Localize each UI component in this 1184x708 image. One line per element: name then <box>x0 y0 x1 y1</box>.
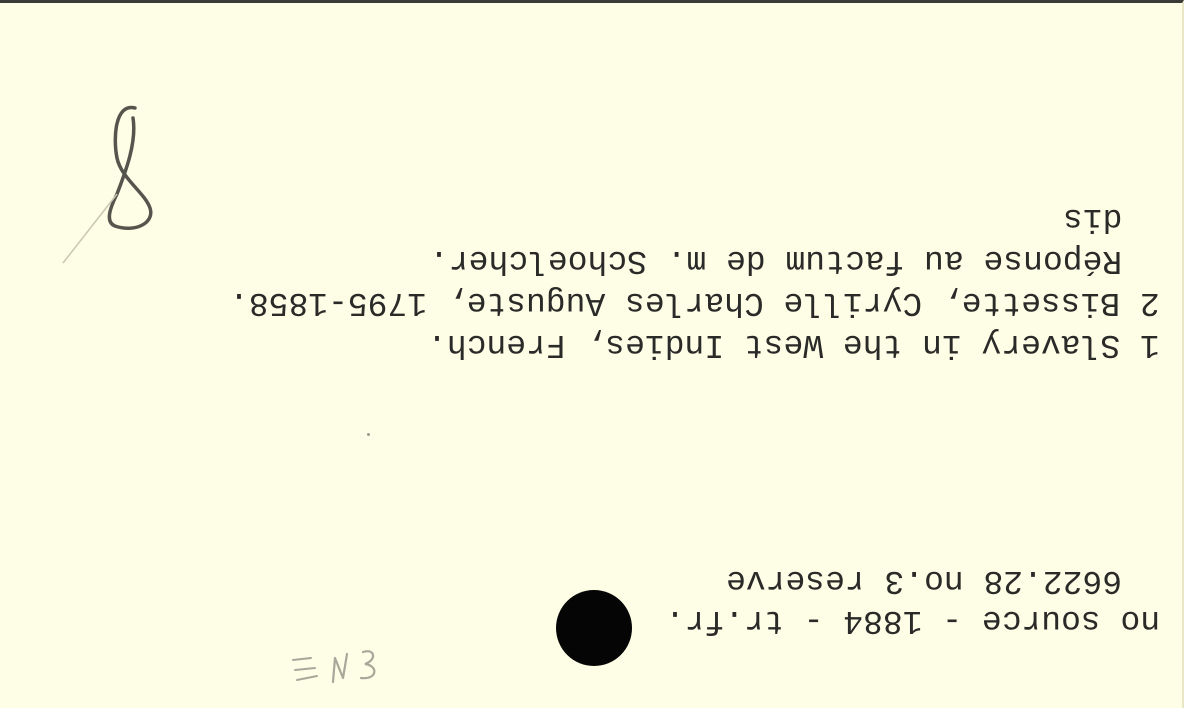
handwritten-numeral-8 <box>55 98 165 268</box>
card-line-source: no source - 1884 - tr.fr. <box>665 603 1160 637</box>
card-line-call-number: 6622.28 no.3 reserve <box>726 563 1122 597</box>
card-line-subject-1: 1 Slavery in the West Indies, French. <box>427 327 1160 361</box>
handwritten-note <box>285 638 395 698</box>
card-line-subject-2: 2 Bissette, Cyrille Charles Auguste, 179… <box>229 285 1160 319</box>
punch-hole <box>556 590 632 666</box>
stray-mark <box>367 433 370 436</box>
catalog-card: dis Réponse au factum de m. Schoelcher. … <box>0 0 1184 708</box>
card-line-dis: dis <box>1063 201 1122 235</box>
card-line-title-response: Réponse au factum de m. Schoelcher. <box>429 243 1122 277</box>
